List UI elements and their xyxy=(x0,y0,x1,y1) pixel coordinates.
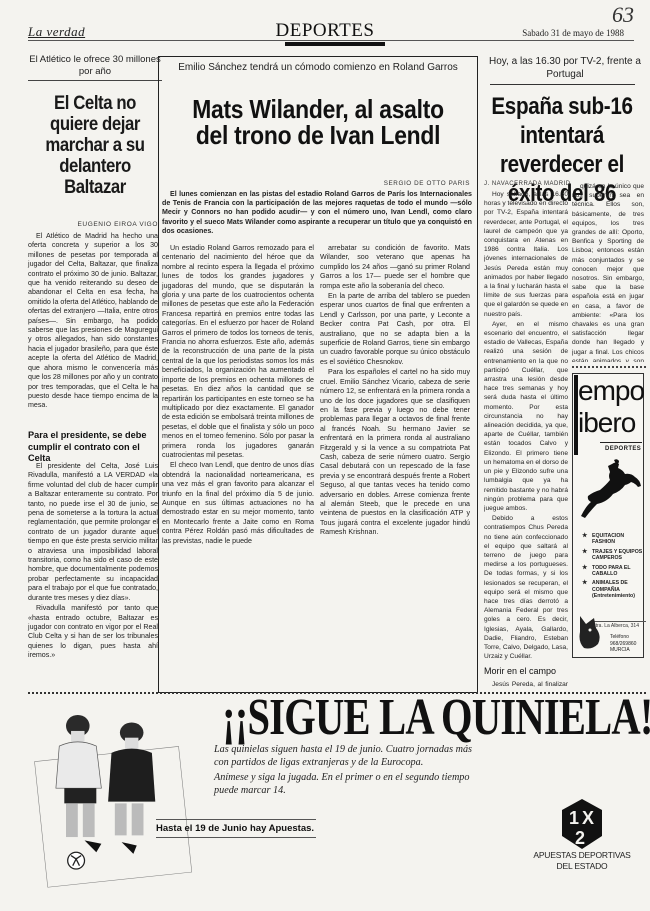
lae-logo-text: APUESTAS DEPORTIVAS DEL ESTADO xyxy=(518,850,646,872)
paragraph: El Atlético de Madrid ha hecho una ofert… xyxy=(28,232,158,411)
left-article-body: El Atlético de Madrid ha hecho una ofert… xyxy=(28,232,158,412)
lae-line-1: APUESTAS DEPORTIVAS xyxy=(518,850,646,861)
quiniela-body: Las quinielas siguen hasta el 19 de juni… xyxy=(214,744,474,800)
ad-city: MURCIA xyxy=(610,647,646,654)
center-article-column-2: arrebatar su condición de favorito. Mats… xyxy=(320,244,470,539)
center-article-lead: El lunes comienzan en las pistas del est… xyxy=(162,190,472,236)
ad-title-rule xyxy=(600,442,642,443)
paragraph: El checo Ivan Lendl, que dentro de unos … xyxy=(162,461,314,546)
issue-date: Sabado 31 de mayo de 1988 xyxy=(522,28,624,38)
right-article-subhead: Morir en el campo xyxy=(484,665,568,678)
paragraph: El presidente del Celta, José Luis Rivad… xyxy=(28,462,158,603)
left-article-byline: EUGENIO EIROA VIGO xyxy=(28,221,158,228)
ad-contact: Teléfono 968/269860 MURCIA xyxy=(610,634,646,654)
left-article-headline: El Celta no quiere dejar marchar a su de… xyxy=(37,93,152,198)
right-article-kicker: Hoy, a las 16.30 por TV-2, frente a Port… xyxy=(480,56,650,81)
ad-list-item: TRAJES Y EQUIPOS CAMPEROS xyxy=(582,549,644,562)
ad-list-item: TODO PARA EL CABALLO xyxy=(582,565,644,578)
horse-jumper-icon xyxy=(574,458,644,528)
paragraph: Debido a estos contratiempos Chus Pereda… xyxy=(484,514,568,661)
quiniela-paragraph-1: Las quinielas siguen hasta el 19 de juni… xyxy=(214,744,474,769)
svg-text:1: 1 xyxy=(569,808,579,828)
left-article-body-2: El presidente del Celta, José Luis Rivad… xyxy=(28,462,158,662)
dog-head-icon xyxy=(576,612,602,652)
paragraph: Rivadulla manifestó por tanto que «hasta… xyxy=(28,604,158,660)
paragraph: Un estadio Roland Garros remozado para e… xyxy=(162,244,314,460)
ad-list-item: EQUITACION FASHION xyxy=(582,533,644,546)
center-article-byline: SERGIO DE OTTO PARIS xyxy=(330,180,470,187)
quiniela-paragraph-2: Anímese y siga la jugada. En el primer o… xyxy=(214,772,474,797)
ad-title-line-1: empo xyxy=(578,376,644,406)
ad-title-line-2: ibero xyxy=(578,408,635,438)
left-article-subhead: Para el presidente, se debe cumplir el c… xyxy=(28,430,158,465)
section-underline-bar xyxy=(285,42,385,46)
svg-text:X: X xyxy=(582,808,594,828)
ad-list-item: ANIMALES DE COMPAÑIA (Entretenimiento) xyxy=(582,580,644,599)
lae-line-2: DEL ESTADO xyxy=(518,861,646,872)
right-article-column-2: quizá en lo único que nos superen sea en… xyxy=(572,182,644,362)
header-rule xyxy=(28,40,634,41)
left-article-kicker: El Atlético le ofrece 30 millones por añ… xyxy=(28,54,162,81)
paragraph: Hoy sábado, a las 16.30 horas y televisa… xyxy=(484,190,568,319)
ad-subtitle: DEPORTES xyxy=(605,446,641,452)
quiniela-headline: ¡¡SIGUE LA QUINIELA!! xyxy=(222,690,650,746)
ad-dotted-separator xyxy=(572,366,646,368)
football-players-illustration xyxy=(34,700,194,900)
paragraph: Ayer, en el mismo escenario del encuentr… xyxy=(484,320,568,513)
center-article-column-1: Un estadio Roland Garros remozado para e… xyxy=(162,244,314,547)
kicker-rule xyxy=(490,84,635,85)
svg-text:2: 2 xyxy=(575,828,585,848)
center-article-headline: Mats Wilander, al asalto del trono de Iv… xyxy=(177,96,459,148)
paragraph: En la parte de arriba del tablero se pue… xyxy=(320,292,470,367)
lae-1x2-logo-icon: 1 X 2 xyxy=(560,798,604,850)
right-article-byline: J. NAVACERRADA MADRID xyxy=(484,181,574,187)
quiniela-deadline: Hasta el 19 de Junio hay Apuestas. xyxy=(156,819,316,838)
paragraph: arrebatar su condición de favorito. Mats… xyxy=(320,244,470,291)
ad-product-list: EQUITACION FASHION TRAJES Y EQUIPOS CAMP… xyxy=(582,533,644,603)
paragraph: Para los españoles el cartel no ha sido … xyxy=(320,368,470,537)
paragraph: quizá en lo único que nos superen sea en… xyxy=(572,182,644,362)
right-article-column-1: Hoy sábado, a las 16.30 horas y televisa… xyxy=(484,190,568,690)
center-article-kicker: Emilio Sánchez tendrá un cómodo comienzo… xyxy=(158,62,478,75)
